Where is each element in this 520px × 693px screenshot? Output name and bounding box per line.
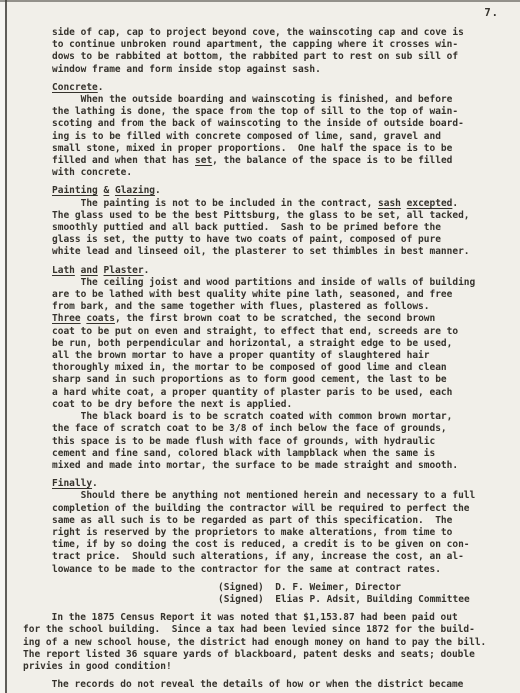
text-line: The painting is not to be included in th… <box>52 198 490 210</box>
text-line: sharp sand in such proportions as to for… <box>52 374 490 386</box>
intro-paragraph: side of cap, cap to project beyond cove,… <box>52 27 490 76</box>
text-line: the face of scratch coat to be 3/8 of in… <box>52 423 490 435</box>
text-line: this space is to be made flush with face… <box>52 436 490 448</box>
painting-glazing-paragraph: The painting is not to be included in th… <box>52 198 490 259</box>
section-heading-concrete: Concrete. <box>52 82 490 94</box>
lath-plaster-paragraph: The ceiling joist and wood partitions an… <box>52 277 490 472</box>
text-line: completion of the building the contracto… <box>52 503 490 515</box>
text-line: right is reserved by the proprietors to … <box>52 527 490 539</box>
text-line: (Signed) Elias P. Adsit, Building Commit… <box>218 594 490 606</box>
text-line: The black board is to be scratch coated … <box>52 411 490 423</box>
text-line: In the 1875 Census Report it was noted t… <box>23 612 490 624</box>
text-line: window frame and form inside stop agains… <box>52 64 490 76</box>
scan-edge-line <box>5 0 7 693</box>
text-line: side of cap, cap to project beyond cove,… <box>52 27 490 39</box>
page-number: 7. <box>484 7 499 19</box>
text-line: are to be lathed with best quality white… <box>52 289 490 301</box>
text-line: lowance to be made to the contractor for… <box>52 564 490 576</box>
text-line: mixed and made into mortar, the surface … <box>52 460 490 472</box>
text-line: scoting and from the back of wainscoting… <box>52 118 490 130</box>
signature-block: (Signed) D. F. Weimer, Director(Signed) … <box>218 582 490 606</box>
finally-paragraph: Should there be anything not mentioned h… <box>52 490 490 575</box>
text-line: The records do not reveal the details of… <box>23 679 490 691</box>
text-line: filled and when that has set, the balanc… <box>52 155 490 167</box>
text-line: The report listed 36 square yards of bla… <box>23 649 490 661</box>
text-line: When the outside boarding and wainscotin… <box>52 94 490 106</box>
text-line: the lathing is done, the space from the … <box>52 106 490 118</box>
text-line: glass is set, the putty to have two coat… <box>52 234 490 246</box>
text-line: from bark, and the same together with fl… <box>52 301 490 313</box>
text-line: to continue unbroken round apartment, th… <box>52 39 490 51</box>
document-body: side of cap, cap to project beyond cove,… <box>52 27 490 691</box>
text-line: privies in good condition! <box>23 661 490 673</box>
text-line: Three coats, the first brown coat to be … <box>52 313 490 325</box>
census-paragraph: In the 1875 Census Report it was noted t… <box>23 612 490 673</box>
text-line: time, if by so doing the cost is reduced… <box>52 539 490 551</box>
text-line: smoothly puttied and all back puttied. S… <box>52 222 490 234</box>
text-line: small stone, mixed in proper proportions… <box>52 143 490 155</box>
text-line: a hard white coat, a proper quantity of … <box>52 387 490 399</box>
text-line: (Signed) D. F. Weimer, Director <box>218 582 490 594</box>
text-line: ing is to be filled with concrete compos… <box>52 131 490 143</box>
text-line: ing of a new school house, the district … <box>23 637 490 649</box>
text-line: for the school building. Since a tax had… <box>23 624 490 636</box>
section-heading-lath-plaster: Lath and Plaster. <box>52 265 490 277</box>
text-line: dows to be rabbited at bottom, the rabbi… <box>52 51 490 63</box>
concrete-paragraph: When the outside boarding and wainscotin… <box>52 94 490 179</box>
scan-top-line <box>0 0 520 2</box>
text-line: with concrete. <box>52 167 490 179</box>
text-line: be run, both perpendicular and horizonta… <box>52 338 490 350</box>
section-heading-painting-glazing: Painting & Glazing. <box>52 185 490 197</box>
scanned-page: 7. side of cap, cap to project beyond co… <box>0 0 520 693</box>
text-line: cement and fine sand, colored black with… <box>52 448 490 460</box>
text-line: thoroughly mixed in, the mortar to be co… <box>52 362 490 374</box>
records-paragraph: The records do not reveal the details of… <box>23 679 490 691</box>
text-line: The glass used to be the best Pittsburg,… <box>52 210 490 222</box>
text-line: Painting & Glazing. <box>52 185 490 197</box>
text-line: coat to be put on even and straight, to … <box>52 326 490 338</box>
text-line: Concrete. <box>52 82 490 94</box>
text-line: white lead and linseed oil, the plastere… <box>52 246 490 258</box>
text-line: same as all such is to be regarded as pa… <box>52 515 490 527</box>
text-line: coat to be dry before the next is applie… <box>52 399 490 411</box>
text-line: all the brown mortar to have a proper qu… <box>52 350 490 362</box>
text-line: Should there be anything not mentioned h… <box>52 490 490 502</box>
section-heading-finally: Finally. <box>52 478 490 490</box>
text-line: Finally. <box>52 478 490 490</box>
text-line: Lath and Plaster. <box>52 265 490 277</box>
text-line: The ceiling joist and wood partitions an… <box>52 277 490 289</box>
text-line: tract price. Should such alterations, if… <box>52 551 490 563</box>
